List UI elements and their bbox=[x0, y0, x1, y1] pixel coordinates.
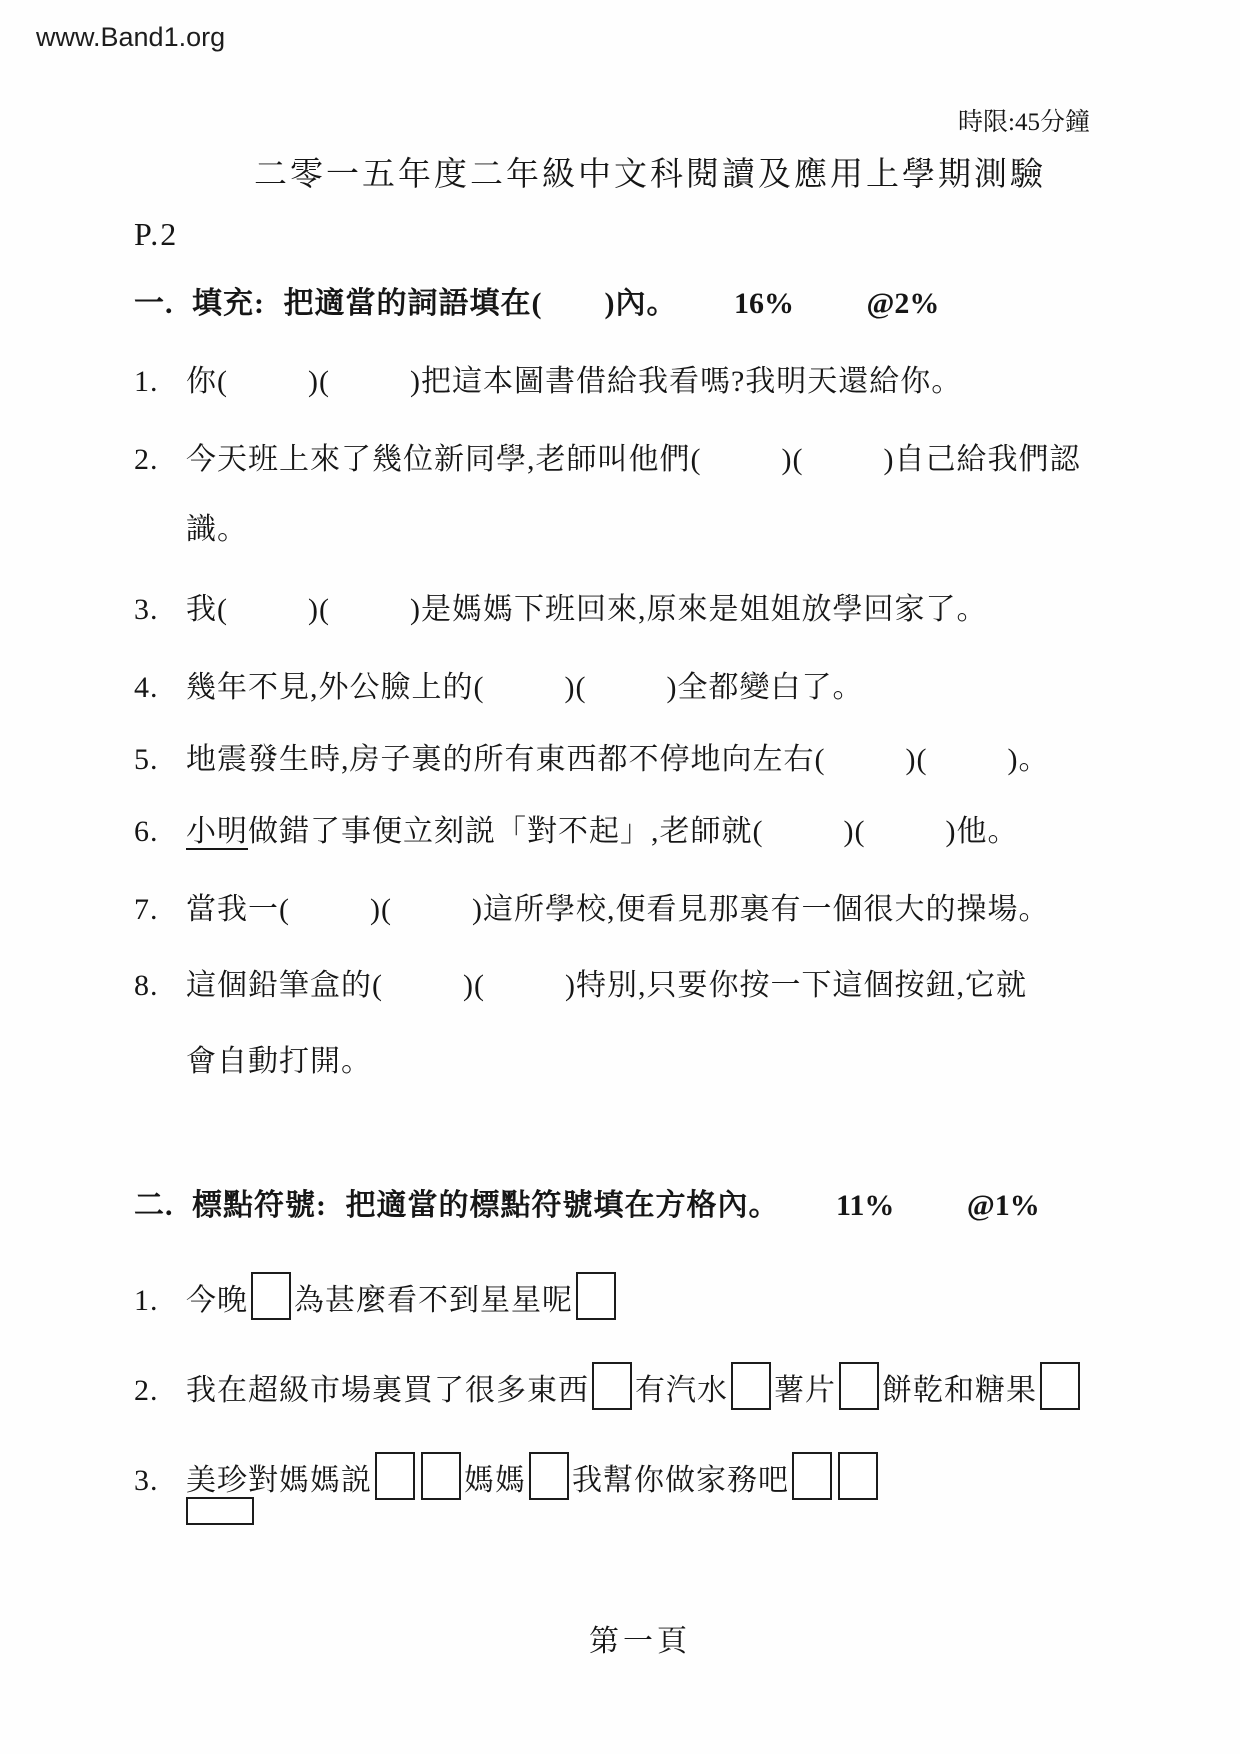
s1-question-1: 1.你()()把這本圖書借給我看嗎?我明天還給你。 bbox=[134, 362, 962, 402]
section-per-item-marks: @2% bbox=[866, 287, 939, 320]
section-number: 二. bbox=[134, 1189, 174, 1222]
question-text: 當我一( bbox=[186, 893, 290, 926]
question-text: 我幫你做家務吧 bbox=[572, 1464, 789, 1497]
question-number: 8. bbox=[134, 966, 186, 1006]
question-text: )( bbox=[308, 593, 330, 626]
question-number: 7. bbox=[134, 890, 186, 930]
s1-question-5: 5.地震發生時,房子裏的所有東西都不停地向左右()()。 bbox=[134, 740, 1049, 780]
section-marks: 11% bbox=[836, 1189, 894, 1222]
question-text: )( bbox=[906, 743, 928, 776]
question-text: 做錯了事便立刻説「對不起」,老師就( bbox=[248, 815, 764, 848]
question-number: 5. bbox=[134, 740, 186, 780]
section1-heading: 一. 填充: 把適當的詞語填在( )內。 16% @2% bbox=[134, 284, 939, 324]
question-text: )把這本圖書借給我看嗎?我明天還給你。 bbox=[410, 365, 962, 398]
question-number: 4. bbox=[134, 668, 186, 708]
time-limit-label: 時限:45分鐘 bbox=[958, 102, 1090, 138]
question-number: 1. bbox=[134, 362, 186, 402]
page-title: 二零一五年度二年級中文科閱讀及應用上學期測驗 bbox=[45, 148, 1240, 195]
question-text: 這個鉛筆盒的( bbox=[186, 969, 383, 1002]
question-text: 餅乾和糖果 bbox=[882, 1374, 1037, 1407]
question-text: )全都變白了。 bbox=[666, 671, 863, 704]
section-instruction: 把適當的標點符號填在方格內。 bbox=[346, 1189, 780, 1222]
section-marks: 16% bbox=[734, 287, 794, 320]
section-instruction: 把適當的詞語填在( )內。 bbox=[284, 287, 678, 320]
question-text: )( bbox=[308, 365, 330, 398]
watermark-link: www.Band1.org bbox=[36, 22, 225, 53]
question-text: 今晚 bbox=[186, 1284, 248, 1317]
question-text: 地震發生時,房子裏的所有東西都不停地向左右( bbox=[186, 743, 826, 776]
underlined-name: 小明 bbox=[186, 815, 248, 848]
question-number: 1. bbox=[134, 1281, 186, 1321]
question-text: )( bbox=[782, 443, 804, 476]
question-text: )自己給我們認 bbox=[883, 443, 1080, 476]
question-text: )是媽媽下班回來,原來是姐姐放學回家了。 bbox=[410, 593, 988, 626]
question-number: 2. bbox=[134, 1371, 186, 1411]
underlined-name: 美珍 bbox=[186, 1464, 248, 1497]
s1-question-8: 8.這個鉛筆盒的()()特別,只要你按一下這個按鈕,它就 bbox=[134, 966, 1027, 1006]
punctuation-box[interactable] bbox=[838, 1452, 878, 1500]
question-number: 3. bbox=[134, 590, 186, 630]
scanned-test-page: www.Band1.org 時限:45分鐘 二零一五年度二年級中文科閱讀及應用上… bbox=[0, 0, 1240, 1754]
question-text: 你( bbox=[186, 365, 228, 398]
s1-question-6: 6.小明做錯了事便立刻説「對不起」,老師就()()他。 bbox=[134, 812, 1018, 852]
s2-question-1: 1.今晚為甚麼看不到星星呢 bbox=[134, 1272, 619, 1321]
question-text: 會自動打開。 bbox=[186, 1045, 372, 1078]
s1-question-3: 3.我()()是媽媽下班回來,原來是姐姐放學回家了。 bbox=[134, 590, 987, 630]
punctuation-box-wide[interactable] bbox=[186, 1497, 254, 1525]
question-text: 對媽媽説 bbox=[248, 1464, 372, 1497]
question-number: 2. bbox=[134, 440, 186, 480]
question-text: )( bbox=[565, 671, 587, 704]
s1-question-8-continuation: 會自動打開。 bbox=[186, 1042, 372, 1082]
punctuation-box[interactable] bbox=[839, 1362, 879, 1410]
punctuation-box[interactable] bbox=[421, 1452, 461, 1500]
question-number: 6. bbox=[134, 812, 186, 852]
question-text: 為甚麼看不到星星呢 bbox=[294, 1284, 573, 1317]
s2-question-3: 3.美珍對媽媽説媽媽我幫你做家務吧 bbox=[134, 1452, 881, 1501]
question-number: 3. bbox=[134, 1461, 186, 1501]
question-text: 識。 bbox=[186, 513, 248, 546]
question-text: 我( bbox=[186, 593, 228, 626]
question-text: )特別,只要你按一下這個按鈕,它就 bbox=[565, 969, 1027, 1002]
punctuation-box[interactable] bbox=[792, 1452, 832, 1500]
page-footer: 第一頁 bbox=[20, 1616, 1240, 1660]
s2-question-3-continuation bbox=[186, 1496, 254, 1536]
question-text: 今天班上來了幾位新同學,老師叫他們( bbox=[186, 443, 702, 476]
punctuation-box[interactable] bbox=[251, 1272, 291, 1320]
question-text: )( bbox=[463, 969, 485, 1002]
question-text: )。 bbox=[1007, 743, 1049, 776]
question-text: )這所學校,便看見那裏有一個很大的操場。 bbox=[472, 893, 1050, 926]
section-per-item-marks: @1% bbox=[967, 1189, 1040, 1222]
page-number-label: P.2 bbox=[134, 216, 178, 253]
s1-question-2: 2.今天班上來了幾位新同學,老師叫他們()()自己給我們認 bbox=[134, 440, 1080, 480]
punctuation-box[interactable] bbox=[576, 1272, 616, 1320]
question-text: )他。 bbox=[945, 815, 1018, 848]
section-name: 填充: bbox=[192, 287, 265, 320]
punctuation-box[interactable] bbox=[529, 1452, 569, 1500]
section-name: 標點符號: bbox=[192, 1189, 327, 1222]
question-text: )( bbox=[370, 893, 392, 926]
punctuation-box[interactable] bbox=[592, 1362, 632, 1410]
section-number: 一. bbox=[134, 287, 174, 320]
question-text: 薯片 bbox=[774, 1374, 836, 1407]
punctuation-box[interactable] bbox=[731, 1362, 771, 1410]
punctuation-box[interactable] bbox=[375, 1452, 415, 1500]
question-text: 媽媽 bbox=[464, 1464, 526, 1497]
question-text: 我在超級市場裏買了很多東西 bbox=[186, 1374, 589, 1407]
s1-question-7: 7.當我一()()這所學校,便看見那裏有一個很大的操場。 bbox=[134, 890, 1049, 930]
question-text: 有汽水 bbox=[635, 1374, 728, 1407]
s1-question-2-continuation: 識。 bbox=[186, 510, 248, 550]
section2-heading: 二. 標點符號: 把適當的標點符號填在方格內。 11% @1% bbox=[134, 1186, 1040, 1226]
s2-question-2: 2.我在超級市場裏買了很多東西有汽水薯片餅乾和糖果 bbox=[134, 1362, 1083, 1411]
question-text: 幾年不見,外公臉上的( bbox=[186, 671, 485, 704]
s1-question-4: 4.幾年不見,外公臉上的()()全都變白了。 bbox=[134, 668, 863, 708]
punctuation-box[interactable] bbox=[1040, 1362, 1080, 1410]
question-text: )( bbox=[844, 815, 866, 848]
